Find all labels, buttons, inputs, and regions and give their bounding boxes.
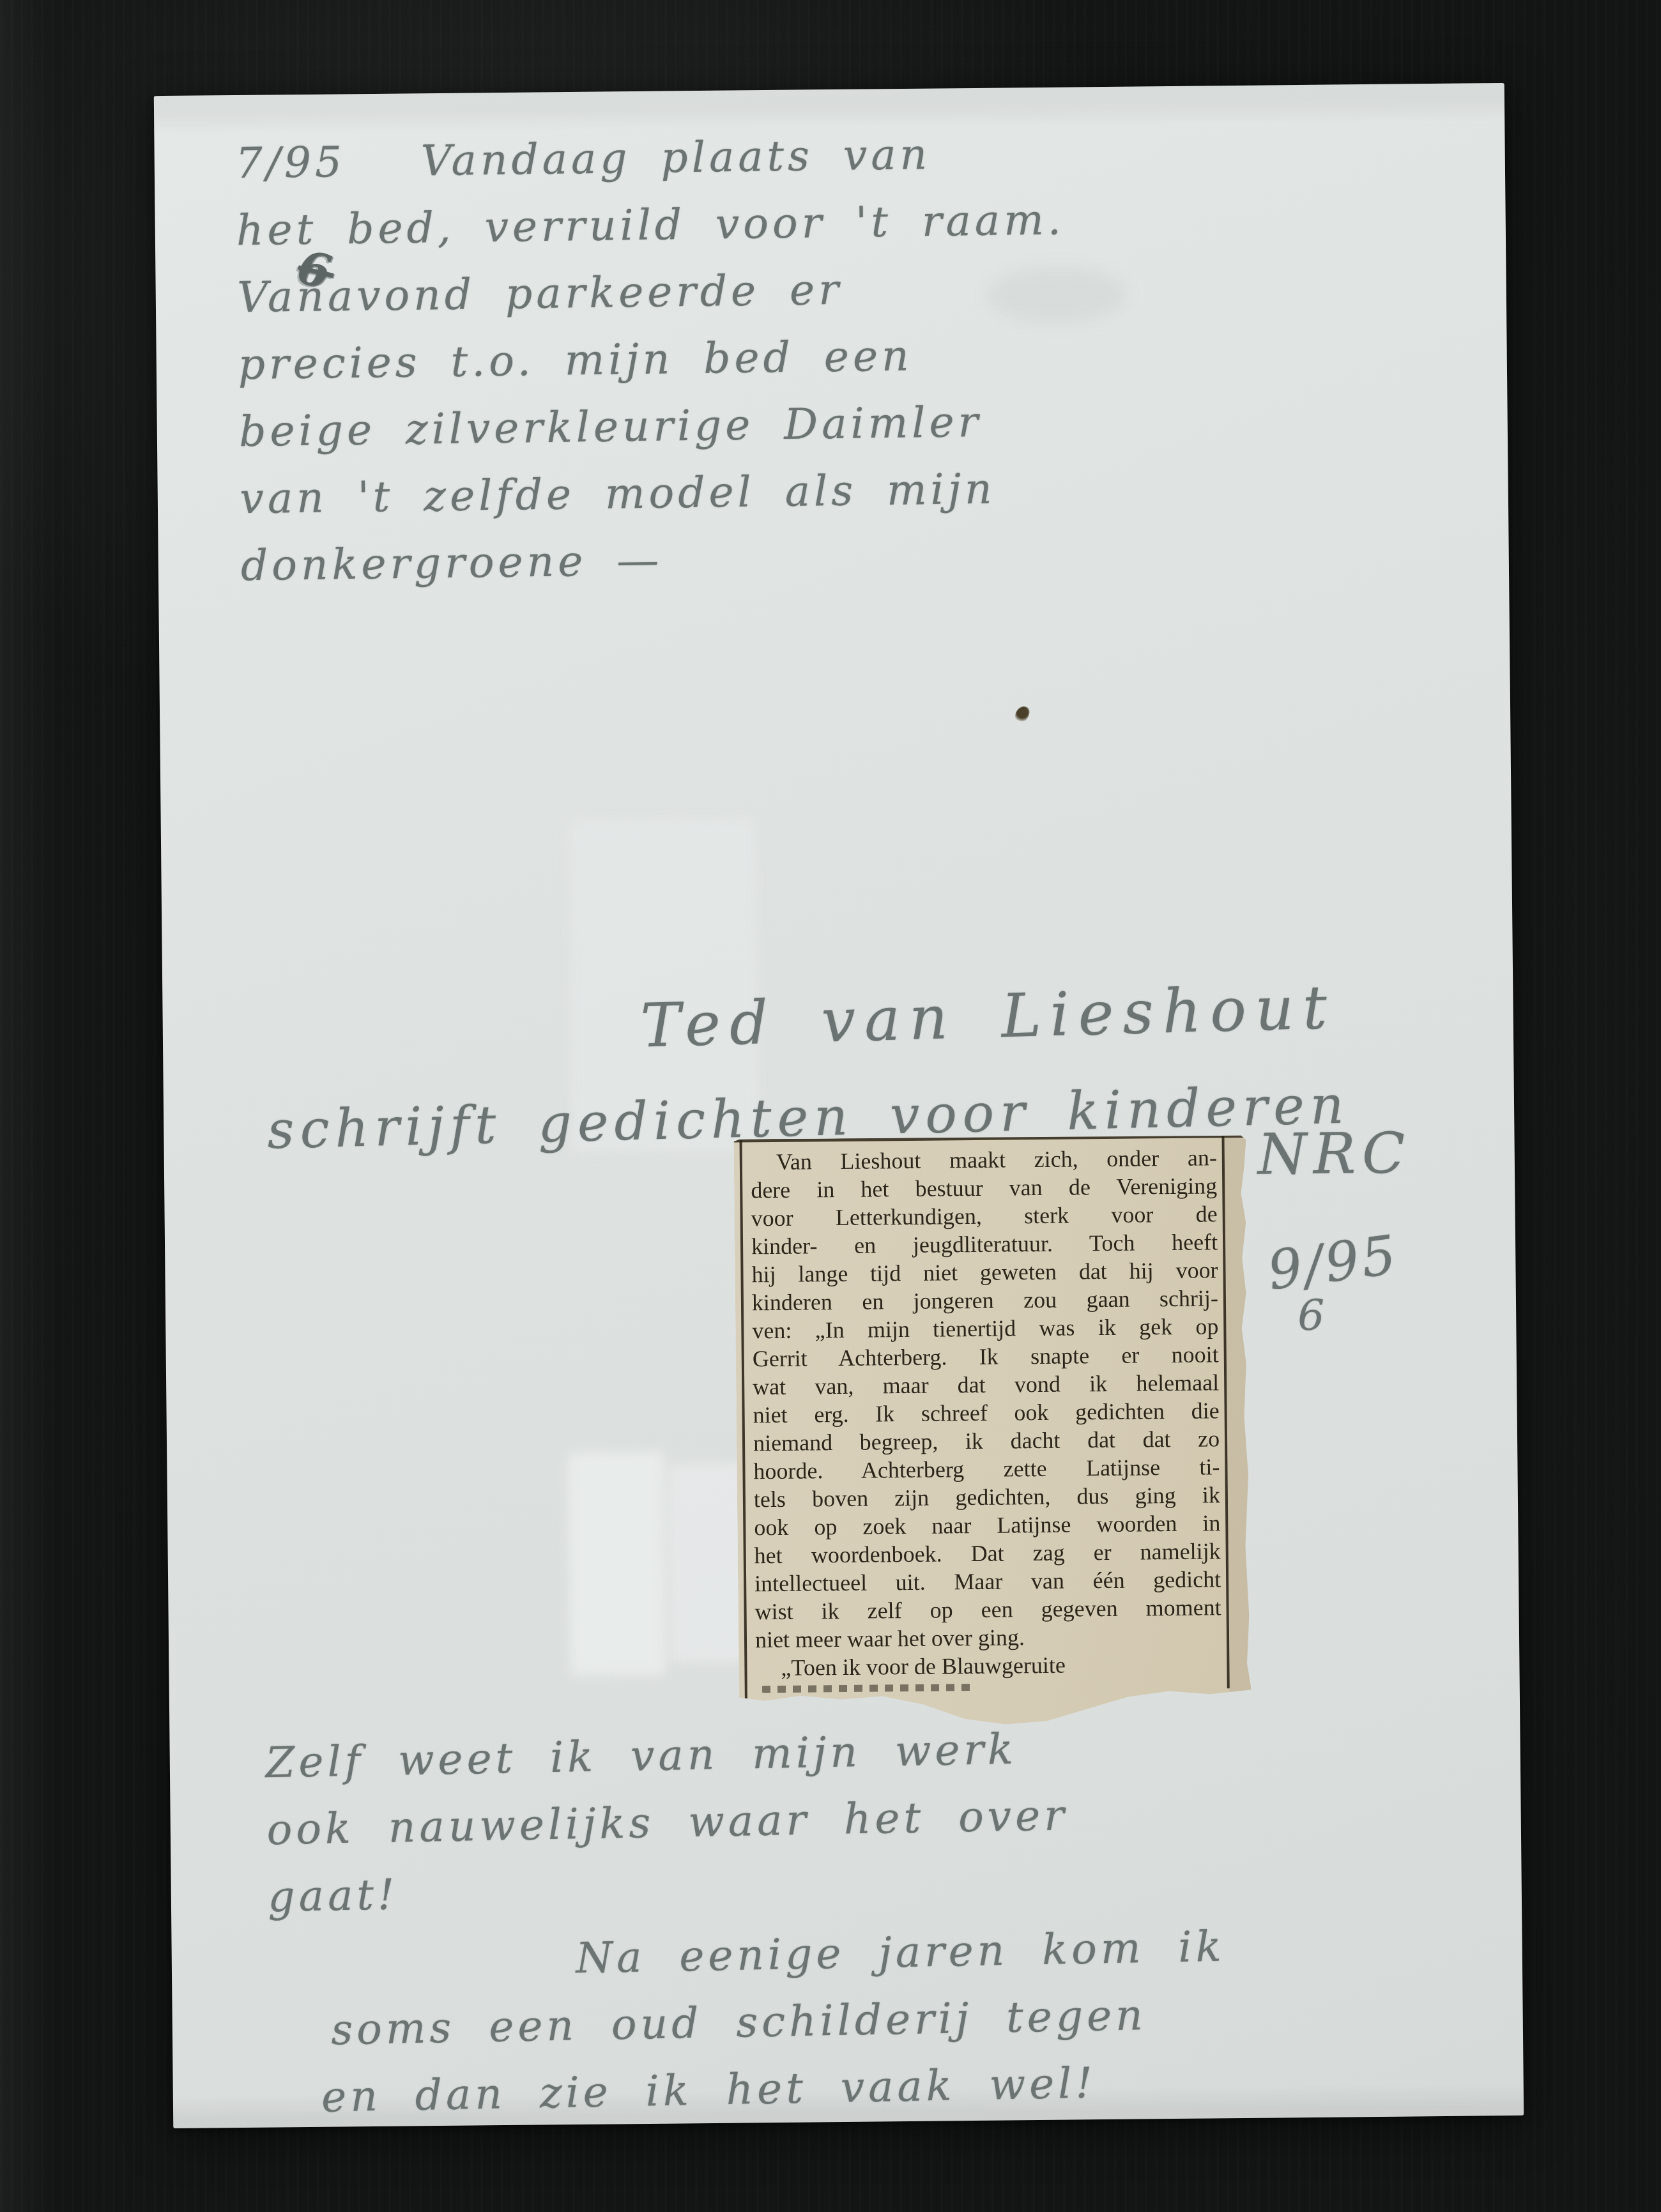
clipping-line: hij lange tijd niet geweten dat hij voor: [751, 1256, 1218, 1288]
clipping-line: het woordenboek. Dat zag er namelijk: [754, 1537, 1221, 1569]
clipping-line: tels boven zijn gedichten, dus ging ik: [754, 1481, 1220, 1513]
show-through-band: [568, 1452, 666, 1676]
source-name: NRC: [1257, 1120, 1412, 1187]
source-date-correction-mark: 6: [1297, 1291, 1325, 1340]
clipping-line: kinder- en jeugdliteratuur. Toch heeft: [751, 1228, 1218, 1260]
newspaper-clipping: Van Lieshout maakt zich, onder an- dere …: [733, 1134, 1251, 1727]
handwritten-text: Vandaag plaats van: [420, 130, 931, 185]
handwritten-line: precies t.o. mijn bed een: [238, 320, 1067, 398]
handwritten-bottom-block: Zelf weet ik van mijn werk ook nauwelijk…: [265, 1712, 1229, 2132]
handwritten-top-block: 7/95Vandaag plaats van het bed, verruild…: [235, 119, 1069, 599]
clipping-line: wat van, maar dat vond ik helemaal: [753, 1368, 1219, 1401]
handwritten-line: donkergroene —: [240, 521, 1069, 599]
clipping-line: ven: „In mijn tienertijd was ik gek op: [752, 1312, 1218, 1345]
clipping-line: Van Lieshout maakt zich, onder an-: [751, 1143, 1217, 1176]
clipping-left-column-rule: [740, 1140, 747, 1704]
clipping-line: intellectueel uit. Maar van één gedicht: [754, 1565, 1221, 1598]
source-date: 9/95: [1264, 1223, 1402, 1302]
handwritten-line: beige zilverkleurige Daimler: [239, 387, 1068, 465]
clipping-line: niet meer waar het over ging.: [755, 1621, 1221, 1654]
handwritten-line: van 't zelfde model als mijn: [240, 454, 1069, 532]
handwritten-line: het bed, verruild voor 't raam.: [236, 186, 1065, 264]
notebook-page: 7/95Vandaag plaats van het bed, verruild…: [154, 83, 1524, 2128]
clipping-line: voor Letterkundigen, sterk voor de: [751, 1200, 1217, 1232]
cut-off-line-remnant: [762, 1684, 977, 1693]
clipping-line: „Toen ik voor de Blauwgeruite: [755, 1649, 1221, 1682]
clipping-line: niemand begreep, ik dacht dat dat zo: [753, 1424, 1220, 1457]
clipping-line: ook op zoek naar Latijnse woorden in: [754, 1509, 1220, 1541]
clipping-text-column: Van Lieshout maakt zich, onder an- dere …: [751, 1143, 1222, 1693]
photo-background: 7/95Vandaag plaats van het bed, verruild…: [0, 0, 1661, 2212]
handwritten-line: Na eenige jaren kom ik: [575, 1913, 1225, 1992]
clipping-line: dere in het bestuur van de Vereniging: [751, 1171, 1217, 1204]
handwritten-line: Vanavond parkeerde er: [237, 253, 1066, 331]
ink-speck: [1013, 704, 1032, 724]
clipping-line: hoorde. Achterberg zette Latijnse ti-: [753, 1453, 1220, 1485]
date-top: 7/95: [235, 137, 346, 188]
clipping-line: wist ik zelf op een gegeven moment: [754, 1593, 1221, 1626]
clipping-line: niet erg. Ik schreef ook gedichten die: [753, 1396, 1219, 1429]
clipping-line: kinderen en jongeren zou gaan schrij-: [752, 1284, 1218, 1316]
handwritten-line: 7/95Vandaag plaats van: [235, 119, 1064, 197]
clipping-line: Gerrit Achterberg. Ik snapte er nooit: [753, 1340, 1219, 1373]
